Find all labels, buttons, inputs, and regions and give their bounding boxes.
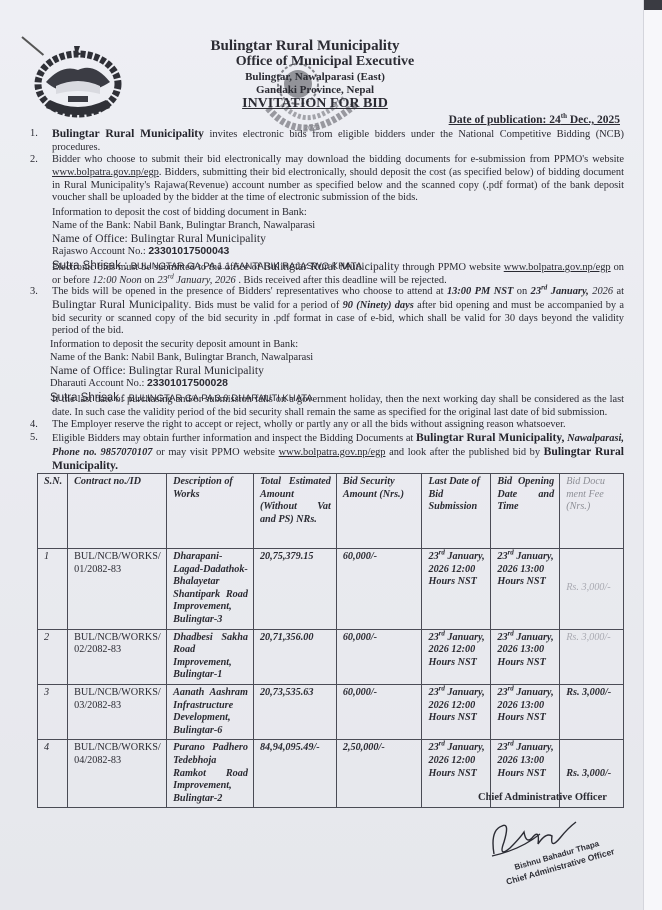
clause-5: 5. Eligible Bidders may obtain further i…: [30, 432, 624, 473]
page-edge: [643, 0, 662, 910]
clause-3: 3. The bids will be opened in the presen…: [30, 286, 624, 338]
signatory-title: Chief Administrative Officer: [478, 792, 607, 803]
holiday-clause: If the last date of purchasing and/or su…: [52, 393, 624, 419]
table-row: 1 BUL/NCB/WORKS/ 01/2082-83 Dharapani-La…: [38, 549, 624, 630]
col-contract: Contract no./ID: [68, 474, 167, 549]
publication-date: Date of publication: 24th Dec., 2025: [440, 114, 620, 126]
col-opening: Bid Opening Date and Time: [491, 474, 560, 549]
clause-4: 4. The Employer reserve the right to acc…: [30, 419, 624, 432]
bolpatra-link-2[interactable]: www.bolpatra.gov.np/egp: [504, 262, 611, 273]
revenue-account-number: 23301017500043: [148, 246, 229, 257]
col-security: Bid Security Amount (Nrs.): [336, 474, 422, 549]
submission-deadline: Electronic bids must be submitted to the…: [52, 260, 624, 287]
bolpatra-link-3[interactable]: www.bolpatra.gov.np/egp: [279, 447, 386, 458]
clause-2: 2. Bidder who choose to submit their bid…: [30, 154, 624, 205]
col-description: Description of Works: [167, 474, 254, 549]
security-account-number: 23301017500028: [147, 378, 228, 389]
table-header-row: S.N. Contract no./ID Description of Work…: [38, 474, 624, 549]
table-row: 3 BUL/NCB/WORKS/ 03/2082-83 Aanath Aashr…: [38, 684, 624, 739]
col-sn: S.N.: [38, 474, 68, 549]
municipality-name: Bulingtar Rural Municipality: [140, 38, 470, 55]
nepal-emblem-icon: [32, 42, 124, 120]
bid-table: S.N. Contract no./ID Description of Work…: [37, 473, 624, 808]
col-last-date: Last Date of Bid Submission: [422, 474, 491, 549]
signature-stamp-icon: Bishnu Bahadur Thapa Chief Administrativ…: [480, 810, 620, 890]
table-row: 2 BUL/NCB/WORKS/ 02/2082-83 Dhadbesi Sak…: [38, 629, 624, 684]
clause-1: 1. Bulingtar Rural Municipality invites …: [30, 128, 624, 155]
col-amount: Total Estimated Amount (Without Vat and …: [253, 474, 336, 549]
bolpatra-link[interactable]: www.bolpatra.gov.np/egp: [52, 167, 159, 178]
col-fee: Bid Docu ment Fee (Nrs.): [560, 474, 624, 549]
